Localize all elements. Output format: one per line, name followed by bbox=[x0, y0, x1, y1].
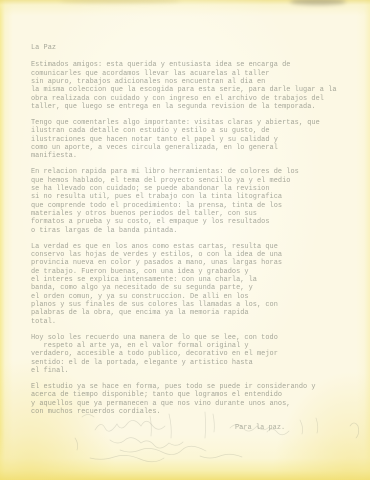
text-line: el final. bbox=[31, 367, 345, 375]
text-line: como un aporte, a veces circula generali… bbox=[31, 144, 345, 152]
letter-paragraph-2: Tengo que comentarles algo importante: v… bbox=[31, 119, 345, 161]
text-line: banda, como algo ya necesitado de su seg… bbox=[31, 284, 345, 292]
text-line: se ha llevado con cuidado; se puede aban… bbox=[31, 185, 345, 193]
top-edge-shadow bbox=[60, 0, 180, 3]
text-line: manifiesta. bbox=[31, 152, 345, 160]
text-line: obra realizada con cuidado y con ingreso… bbox=[31, 95, 345, 103]
letter-paragraph-4: La verdad es que en los anos como estas … bbox=[31, 243, 345, 326]
text-line: Hoy solo les recuerdo una manera de lo q… bbox=[31, 334, 345, 342]
text-line: si no resulta util, pues el trabajo con … bbox=[31, 193, 345, 201]
text-line: el orden comun, y ya su construccion. De… bbox=[31, 293, 345, 301]
text-line: la misma coleccion que la escogida para … bbox=[31, 86, 345, 94]
text-line: El estudio ya se hace en forma, pues tod… bbox=[31, 383, 345, 391]
text-line: En relacion rapida para mi libro herrami… bbox=[31, 168, 345, 176]
text-line: taller, que luego se entrega en la segun… bbox=[31, 103, 345, 111]
text-line: verdadero, accesible a todo publico, dec… bbox=[31, 350, 345, 358]
typewritten-letter: La Paz Estimados amigos: esta querida y … bbox=[31, 44, 345, 432]
text-line: ilustran cada detalle con estudio y esti… bbox=[31, 127, 345, 135]
text-line: que hemos hablado, el tema del proyecto … bbox=[31, 177, 345, 185]
text-line: sentido: el de la portada, elegante y ar… bbox=[31, 359, 345, 367]
text-line: ilustraciones que hacen notar tanto el p… bbox=[31, 136, 345, 144]
text-line: respeto al arte ya, en el valor formal o… bbox=[31, 342, 345, 350]
text-line: provincia nueva en color y pasados a man… bbox=[31, 259, 345, 267]
text-line: La verdad es que en los anos como estas … bbox=[31, 243, 345, 251]
text-line: total. bbox=[31, 318, 345, 326]
pencil-scribbles-decoration bbox=[0, 398, 370, 478]
salutation-line: La Paz bbox=[31, 44, 345, 52]
text-line: planos y sus finales de sus colores las … bbox=[31, 301, 345, 309]
text-line: comunicarles que acordamos llevar las ac… bbox=[31, 70, 345, 78]
text-line: o tiras largas de la banda pintada. bbox=[31, 227, 345, 235]
text-line: sin apuro, trabajos adicionales nos encu… bbox=[31, 78, 345, 86]
top-edge-stain bbox=[290, 0, 346, 5]
letter-paragraph-1: Estimados amigos: esta querida y entusia… bbox=[31, 61, 345, 111]
letter-paragraph-3: En relacion rapida para mi libro herrami… bbox=[31, 168, 345, 235]
letter-paragraph-5: Hoy solo les recuerdo una manera de lo q… bbox=[31, 334, 345, 376]
text-line: formatos a prueba y su costo, el empaque… bbox=[31, 218, 345, 226]
text-line: el interes se explica intensamente: con … bbox=[31, 276, 345, 284]
text-line: palabras de la obra, que encima ya la me… bbox=[31, 309, 345, 317]
text-line: de trabajo. Fueron buenas, con una idea … bbox=[31, 268, 345, 276]
text-line: Tengo que comentarles algo importante: v… bbox=[31, 119, 345, 127]
text-line: Estimados amigos: esta querida y entusia… bbox=[31, 61, 345, 69]
text-line: que comprende todo el procedimiento: la … bbox=[31, 202, 345, 210]
text-line: conservo las hojas de verdes y estilos, … bbox=[31, 251, 345, 259]
text-line: materiales y otros buenos periodos del t… bbox=[31, 210, 345, 218]
letter-page: La Paz Estimados amigos: esta querida y … bbox=[0, 0, 370, 480]
